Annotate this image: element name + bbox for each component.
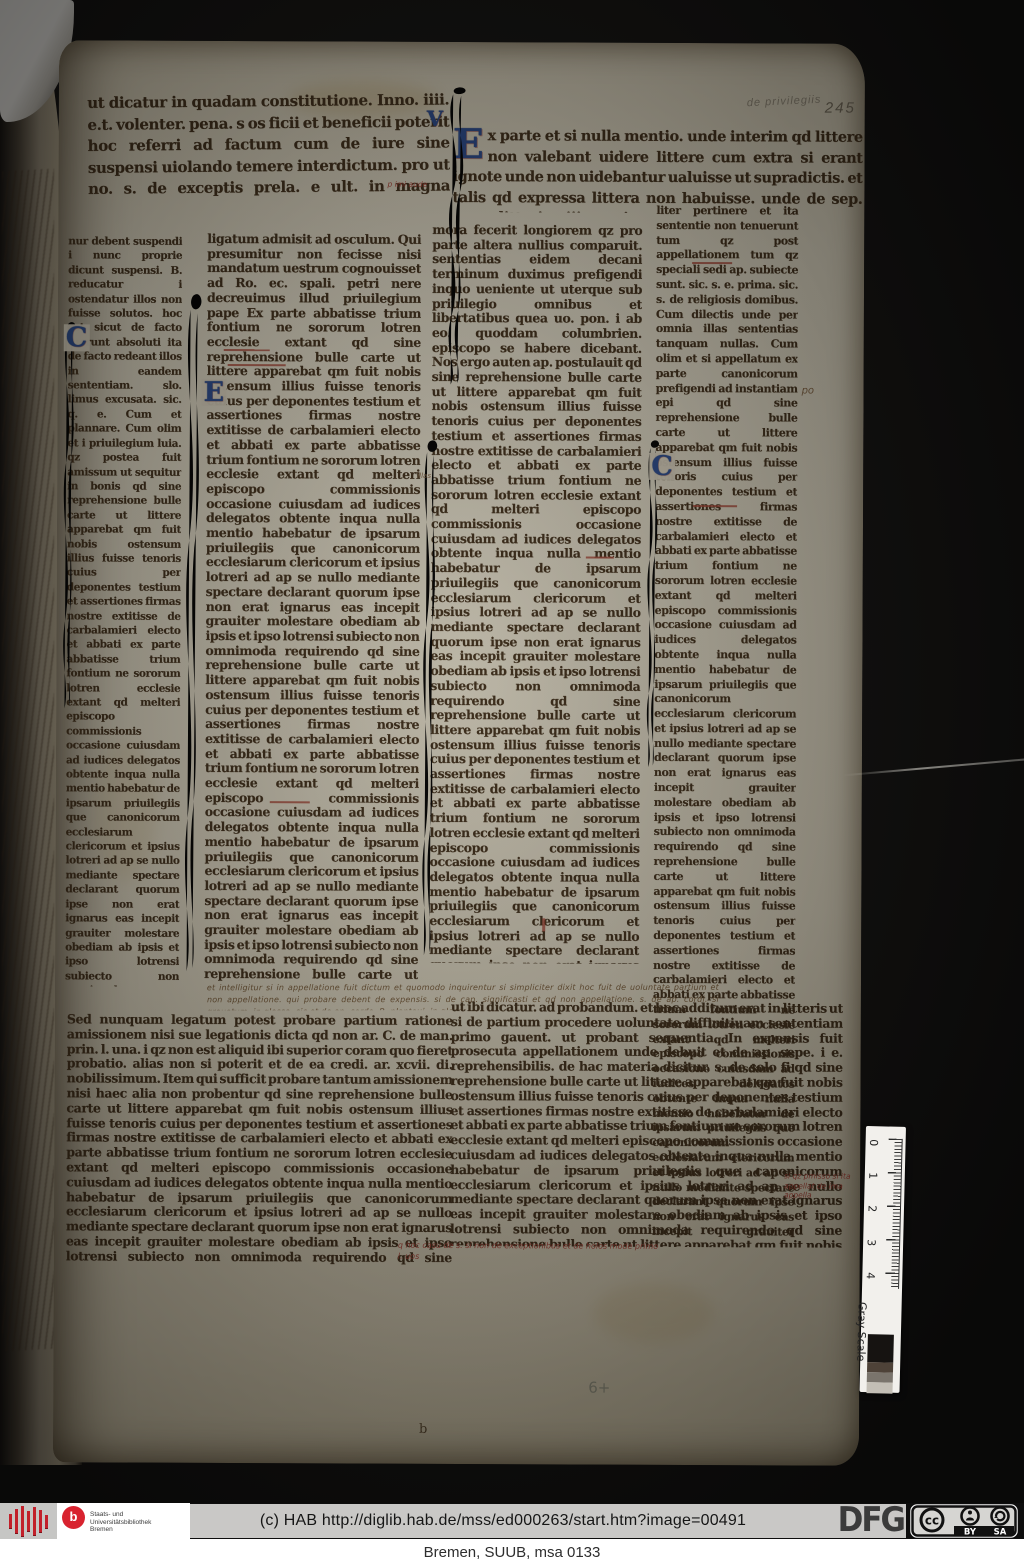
penwork-flourish	[640, 439, 663, 769]
manuscript-photo: de privilegiis 245 ut dicatur in quadam …	[0, 0, 1024, 1503]
dfg-logo: DFG	[838, 1501, 904, 1540]
illuminated-initial-c: C	[64, 324, 90, 351]
ruler-number: 4	[864, 1268, 877, 1282]
illuminated-initial-e: E	[202, 379, 227, 406]
library-name-line: Bremen	[90, 1526, 151, 1534]
old-shelfmark-inscription: de privilegiis	[747, 94, 822, 110]
red-end-note: q hoc casu de s. si non de exceptionibus…	[398, 1240, 660, 1263]
ruler-number: 2	[865, 1202, 878, 1216]
library-name-line: Staats- und	[90, 1511, 151, 1519]
margin-correction-note: illas	[417, 472, 431, 480]
logo-bar	[39, 1510, 43, 1532]
copyright-bar: (c) HAB http://diglib.hab.de/mss/ed00026…	[190, 1504, 906, 1538]
gray-scale-ruler: 0 1 2 3 4 Gray Scale	[860, 1126, 906, 1393]
text-block-top-right: Ex parte et si nulla mentio. unde interi…	[452, 126, 862, 214]
holding-string	[843, 758, 1024, 777]
gray-patch-dark	[867, 1362, 893, 1373]
text-block-bottom-right: ut ibi dicatur. ad probandum. et hoc add…	[450, 1000, 843, 1248]
gray-patch-light	[866, 1382, 892, 1394]
manuscript-page: de privilegiis 245 ut dicatur in quadam …	[53, 40, 865, 1466]
gray-patch-mid	[867, 1372, 893, 1383]
library-logo-circle: b	[62, 1506, 85, 1529]
logo-bar	[27, 1511, 31, 1531]
ruler-number: 0	[867, 1136, 880, 1150]
red-underline	[224, 349, 270, 351]
underlying-page-text	[2, 169, 54, 1352]
caption-band: Bremen, SUUB, msa 0133	[0, 1539, 1024, 1565]
margin-note-po: po	[802, 385, 815, 396]
penwork-flourish	[414, 438, 442, 958]
logo-bar	[45, 1515, 49, 1528]
folio-number: 245	[825, 100, 856, 117]
pencil-mark: 6+	[588, 1379, 610, 1397]
library-name: Staats- und Universitätsbibliothek Breme…	[90, 1511, 151, 1534]
parchment-stain	[593, 1283, 713, 1344]
red-underline	[270, 801, 310, 803]
red-underline	[693, 505, 737, 507]
by-label: BY	[964, 1528, 977, 1538]
text-block-bottom-left: Sed nunquam legatum potest probare parti…	[66, 1012, 453, 1266]
red-paragraph-mark	[542, 918, 545, 931]
logo-bar	[33, 1507, 37, 1535]
cc-icon: cc	[925, 1514, 939, 1528]
ruler-number: 3	[864, 1236, 877, 1250]
illuminated-initial-v: V	[425, 108, 445, 129]
ruler-ticks	[883, 1139, 903, 1289]
footer-bar: b Staats- und Universitätsbibliothek Bre…	[0, 1503, 1024, 1539]
red-underline	[228, 364, 286, 366]
suub-barcode-logo	[0, 1503, 57, 1539]
red-margin-note: si qz pmisso si ita appellat de ima appe…	[784, 1171, 858, 1200]
shelfmark-caption: Bremen, SUUB, msa 0133	[424, 1544, 601, 1561]
cc-license-badge: cc BY SA	[910, 1504, 1018, 1538]
penwork-flourish	[439, 86, 472, 386]
red-underline	[586, 557, 614, 559]
logo-bar	[9, 1514, 13, 1528]
logo-bar	[15, 1509, 19, 1533]
logo-bar	[21, 1506, 25, 1536]
rubric-note: p imi aude	[387, 180, 427, 189]
penwork-flourish	[56, 320, 80, 710]
illuminated-initial-c: C	[649, 453, 675, 480]
text-column-1: ligatum admisit ad osculum. Qui presumit…	[204, 232, 421, 984]
ink-mark: b	[419, 1422, 427, 1437]
library-name-line: Universitätsbibliothek	[90, 1519, 151, 1527]
ruler-number: 1	[866, 1169, 879, 1183]
gray-patch-black	[867, 1334, 894, 1363]
sa-label: SA	[994, 1528, 1007, 1538]
red-underline	[692, 262, 732, 264]
copyright-text: (c) HAB http://diglib.hab.de/mss/ed00026…	[260, 1512, 836, 1530]
